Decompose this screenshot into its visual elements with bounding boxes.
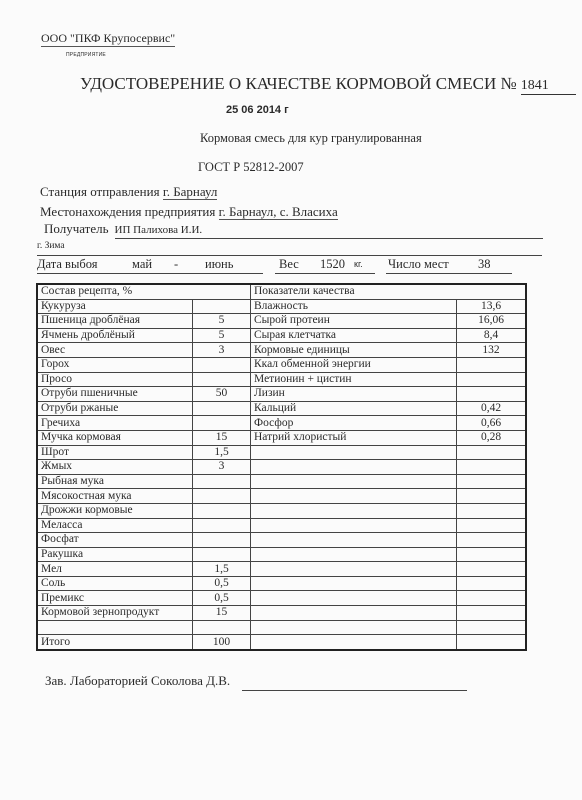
station-label: Станция отправления	[40, 184, 160, 199]
table-row: ГречихаФосфор0,66	[37, 416, 526, 431]
recipient-label: Получатель	[44, 221, 109, 236]
ingredient-cell: Дрожжи кормовые	[37, 503, 193, 518]
percent-cell: 50	[193, 387, 251, 402]
indicator-cell: Фосфор	[251, 416, 457, 431]
percent-cell: 15	[193, 606, 251, 621]
indicator-value-cell	[457, 503, 527, 518]
table-row: Премикс0,5	[37, 591, 526, 606]
recipient-field: ПолучательИП Палихова И.И.	[44, 221, 202, 237]
indicator-cell	[251, 474, 457, 489]
table-row: КукурузаВлажность13,6	[37, 299, 526, 314]
ingredient-cell	[37, 620, 193, 635]
ingredient-cell: Мясокостная мука	[37, 489, 193, 504]
table-header-row: Состав рецепта, % Показатели качества	[37, 284, 526, 299]
ingredient-cell: Меласса	[37, 518, 193, 533]
percent-cell	[193, 533, 251, 548]
table-row: Рыбная мука	[37, 474, 526, 489]
percent-cell	[193, 372, 251, 387]
percent-cell	[193, 503, 251, 518]
indicator-value-cell	[457, 547, 527, 562]
percent-cell: 3	[193, 460, 251, 475]
production-date-dash: -	[174, 257, 178, 272]
indicator-value-cell	[457, 576, 527, 591]
percent-cell	[193, 401, 251, 416]
indicator-cell	[251, 445, 457, 460]
indicator-cell	[251, 591, 457, 606]
signature-line	[242, 690, 467, 691]
percent-cell: 0,5	[193, 576, 251, 591]
document-date: 25 06 2014 г	[226, 104, 289, 116]
indicator-cell: Влажность	[251, 299, 457, 314]
percent-cell: 5	[193, 314, 251, 329]
indicator-value-cell	[457, 460, 527, 475]
weight-value: 1520	[320, 257, 345, 272]
table-row: Шрот1,5	[37, 445, 526, 460]
table-row: Жмых3	[37, 460, 526, 475]
indicator-value-cell: 0,66	[457, 416, 527, 431]
ingredient-cell: Фосфат	[37, 533, 193, 548]
production-date-label: Дата выбоя	[37, 257, 97, 271]
location-label: Местонахождения предприятия	[40, 204, 215, 219]
percent-cell: 1,5	[193, 562, 251, 577]
table-row: Мучка кормовая15Натрий хлористый0,28	[37, 430, 526, 445]
percent-cell	[193, 474, 251, 489]
table-row: Дрожжи кормовые	[37, 503, 526, 518]
indicator-value-cell	[457, 606, 527, 621]
product-name: Кормовая смесь для кур гранулированная	[200, 131, 422, 146]
indicator-cell: Сырая клетчатка	[251, 328, 457, 343]
ingredient-cell: Соль	[37, 576, 193, 591]
percent-cell: 3	[193, 343, 251, 358]
composition-header: Состав рецепта, %	[37, 284, 251, 299]
recipient-underline	[115, 238, 543, 239]
indicator-value-cell	[457, 635, 527, 650]
indicator-value-cell	[457, 474, 527, 489]
weight-field: Вес 1520 кг.	[275, 257, 375, 274]
location-field: Местонахождения предприятия г. Барнаул, …	[40, 204, 338, 220]
indicator-value-cell	[457, 518, 527, 533]
weight-label: Вес	[279, 257, 299, 272]
table-row: Ракушка	[37, 547, 526, 562]
indicator-value-cell	[457, 387, 527, 402]
station-value: г. Барнаул	[163, 184, 218, 200]
table-row: Ячмень дроблёный5Сырая клетчатка8,4	[37, 328, 526, 343]
recipient-value: ИП Палихова И.И.	[115, 224, 203, 236]
indicator-cell: Лизин	[251, 387, 457, 402]
indicator-value-cell: 0,28	[457, 430, 527, 445]
indicator-cell: Кальций	[251, 401, 457, 416]
ingredient-cell: Отруби пшеничные	[37, 387, 193, 402]
table-row: Отруби пшеничные50Лизин	[37, 387, 526, 402]
indicator-cell	[251, 606, 457, 621]
city-underline	[37, 255, 542, 256]
ingredient-cell: Мучка кормовая	[37, 430, 193, 445]
table-row: Кормовой зернопродукт15	[37, 606, 526, 621]
percent-cell	[193, 620, 251, 635]
production-details: Дата выбоя май - июнь Вес 1520 кг. Число…	[37, 257, 557, 275]
ingredient-cell: Жмых	[37, 460, 193, 475]
percent-cell: 1,5	[193, 445, 251, 460]
table-row: Итого100	[37, 635, 526, 650]
percent-cell	[193, 489, 251, 504]
location-value: г. Барнаул, с. Власиха	[219, 204, 338, 220]
table-row: Меласса	[37, 518, 526, 533]
standard: ГОСТ Р 52812-2007	[198, 160, 304, 175]
indicator-value-cell	[457, 620, 527, 635]
indicator-value-cell	[457, 357, 527, 372]
percent-cell	[193, 357, 251, 372]
ingredient-cell: Ячмень дроблёный	[37, 328, 193, 343]
table-row: Фосфат	[37, 533, 526, 548]
title-text: УДОСТОВЕРЕНИЕ О КАЧЕСТВЕ КОРМОВОЙ СМЕСИ …	[80, 74, 517, 93]
indicator-cell: Кормовые единицы	[251, 343, 457, 358]
signature-label: Зав. Лабораторией Соколова Д.В.	[45, 673, 230, 689]
places-label: Число мест	[388, 257, 449, 272]
places-field: Число мест 38	[386, 257, 512, 274]
table-row: ГорохКкал обменной энергии	[37, 357, 526, 372]
indicator-cell: Метионин + цистин	[251, 372, 457, 387]
ingredient-cell: Кукуруза	[37, 299, 193, 314]
table-row: Мясокостная мука	[37, 489, 526, 504]
ingredient-cell: Пшеница дроблёная	[37, 314, 193, 329]
table-row: Соль0,5	[37, 576, 526, 591]
indicator-cell: Сырой протеин	[251, 314, 457, 329]
percent-cell	[193, 416, 251, 431]
recipient-city: г. Зима	[37, 241, 65, 251]
indicator-cell	[251, 533, 457, 548]
percent-cell	[193, 299, 251, 314]
ingredient-cell: Просо	[37, 372, 193, 387]
percent-cell: 100	[193, 635, 251, 650]
indicator-cell	[251, 503, 457, 518]
indicator-cell	[251, 576, 457, 591]
percent-cell	[193, 518, 251, 533]
indicator-value-cell: 132	[457, 343, 527, 358]
ingredient-cell: Рыбная мука	[37, 474, 193, 489]
production-date-from: май	[132, 257, 152, 272]
production-date-field: Дата выбоя май - июнь	[37, 257, 263, 274]
production-date-to: июнь	[205, 257, 233, 272]
indicator-cell	[251, 460, 457, 475]
table-row	[37, 620, 526, 635]
ingredient-cell: Отруби ржаные	[37, 401, 193, 416]
ingredient-cell: Премикс	[37, 591, 193, 606]
percent-cell: 15	[193, 430, 251, 445]
indicator-cell: Натрий хлористый	[251, 430, 457, 445]
quality-header: Показатели качества	[251, 284, 527, 299]
ingredient-cell: Гречиха	[37, 416, 193, 431]
table-row: Овес3Кормовые единицы132	[37, 343, 526, 358]
station-field: Станция отправления г. Барнаул	[40, 184, 217, 200]
table-row: Отруби ржаныеКальций0,42	[37, 401, 526, 416]
indicator-cell	[251, 635, 457, 650]
indicator-cell	[251, 547, 457, 562]
indicator-cell	[251, 620, 457, 635]
indicator-cell	[251, 562, 457, 577]
percent-cell	[193, 547, 251, 562]
quality-table: Состав рецепта, % Показатели качества Ку…	[36, 283, 527, 651]
indicator-value-cell: 8,4	[457, 328, 527, 343]
table-row: Пшеница дроблёная5Сырой протеин16,06	[37, 314, 526, 329]
ingredient-cell: Итого	[37, 635, 193, 650]
ingredient-cell: Кормовой зернопродукт	[37, 606, 193, 621]
weight-unit: кг.	[354, 259, 363, 269]
indicator-value-cell	[457, 445, 527, 460]
indicator-value-cell	[457, 533, 527, 548]
organization-name: ООО "ПКФ Крупосервис"	[41, 31, 175, 47]
table-row: Мел1,5	[37, 562, 526, 577]
indicator-cell	[251, 489, 457, 504]
certificate-number: 1841	[521, 78, 576, 95]
indicator-value-cell: 16,06	[457, 314, 527, 329]
ingredient-cell: Мел	[37, 562, 193, 577]
indicator-value-cell: 0,42	[457, 401, 527, 416]
indicator-value-cell	[457, 591, 527, 606]
organization-caption: ПРЕДПРИЯТИЕ	[66, 52, 106, 58]
indicator-value-cell	[457, 372, 527, 387]
places-value: 38	[478, 257, 491, 272]
table-row: ПросоМетионин + цистин	[37, 372, 526, 387]
ingredient-cell: Горох	[37, 357, 193, 372]
indicator-cell	[251, 518, 457, 533]
indicator-value-cell: 13,6	[457, 299, 527, 314]
ingredient-cell: Ракушка	[37, 547, 193, 562]
ingredient-cell: Овес	[37, 343, 193, 358]
percent-cell: 5	[193, 328, 251, 343]
indicator-value-cell	[457, 562, 527, 577]
ingredient-cell: Шрот	[37, 445, 193, 460]
document-title: УДОСТОВЕРЕНИЕ О КАЧЕСТВЕ КОРМОВОЙ СМЕСИ …	[80, 74, 576, 95]
indicator-cell: Ккал обменной энергии	[251, 357, 457, 372]
indicator-value-cell	[457, 489, 527, 504]
percent-cell: 0,5	[193, 591, 251, 606]
